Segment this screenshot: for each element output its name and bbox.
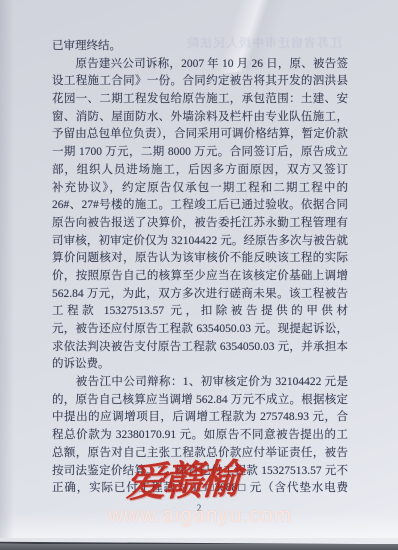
text-line: 花园一、二期工程发包给原告施工，承包范围：土建、安装（门	[52, 91, 348, 109]
text-line: 原告向被告报送了决算价，被告委托江苏永勤工程管理有限公	[52, 215, 348, 233]
text-line: 被告江中公司辩称：1、初审核定价为 32104422 元是正确	[52, 374, 348, 392]
text-line: 部，组织人员进场施工，后因多方面原因，双方又签订《工程	[52, 162, 348, 180]
text-line: 中提出的应调增项目，后调增工程款为 275748.93 元，合计工	[52, 409, 348, 427]
text-line: 求依法判决被告支付原告工程款 6354050.03 元，并承担本案	[52, 339, 348, 357]
text-line: 按司法鉴定价结算。2、原告已付工程款 15327513.57 元不	[52, 463, 348, 481]
document-page: 江苏省宿迁市中级人民法院 已审理终结。 原告建兴公司诉称，2007 年 10 月…	[0, 0, 398, 544]
text-line: 正确，实际已付工程款为 1□□3088□ 元（含代垫水电费等），	[52, 480, 348, 498]
paper-edge-shadow	[0, 0, 14, 538]
text-line: 程总价款为 32380170.91 元。如原告不同意被告提出的工程款	[52, 427, 348, 445]
text-line: 窗、消防、屋面防水、外墙涂料及栏杆由专业队伍施工，予埋	[52, 109, 348, 127]
text-line: 设工程施工合同》一份。合同约定被告将其开发的泗洪县衡山	[52, 73, 348, 91]
scanner-background-edge	[0, 544, 398, 550]
text-line: 的诉讼费。	[52, 356, 348, 374]
text-line: 已审理终结。	[52, 38, 348, 56]
text-line: 予留由总包单位负责），合同采用可调价格结算，暂定价款为	[52, 126, 348, 144]
paper-crease-bottom	[0, 512, 398, 538]
judgment-text-block: 已审理终结。 原告建兴公司诉称，2007 年 10 月 26 日，原、被告签订《…	[52, 38, 348, 498]
text-line: 总额，原告对自己主张工程款总价款应付举证责任，被告同意	[52, 445, 348, 463]
text-line: 价，按照原告自己的核算至少应当在该核定价基础上调增	[52, 268, 348, 286]
text-line: 补充协议》，约定原告仅承包一期工程和二期工程中的 17#、	[52, 180, 348, 198]
text-line: 一期 1700 万元，二期 8000 万元。合同签订后，原告成立项目	[52, 144, 348, 162]
text-line: 司审核，初审定价仅为 32104422 元。经原告多次与被告就决	[52, 233, 348, 251]
text-line: 26#、27#号楼的施工。工程竣工后已通过验收。依据合同约定，	[52, 197, 348, 215]
page-number: 2	[193, 503, 205, 513]
text-line: 的，原告自己核算应当调增 562.84 万元不成立。根据核定价	[52, 392, 348, 410]
text-line: 工程款 15327513.57 元，扣除被告提供的甲供材 16048191.73	[52, 303, 348, 321]
text-line: 算价问题核对，原告认为该审核价不能反映该工程的实际造	[52, 250, 348, 268]
scanned-document-screenshot: 江苏省宿迁市中级人民法院 已审理终结。 原告建兴公司诉称，2007 年 10 月…	[0, 0, 398, 550]
text-line: 562.84 万元，为此，双方多次进行磋商未果。该工程被告已付	[52, 286, 348, 304]
text-line: 原告建兴公司诉称，2007 年 10 月 26 日，原、被告签订《建	[52, 56, 348, 74]
text-line: 元，被告还应付原告工程款 6354050.03 元。现提起诉讼，请	[52, 321, 348, 339]
